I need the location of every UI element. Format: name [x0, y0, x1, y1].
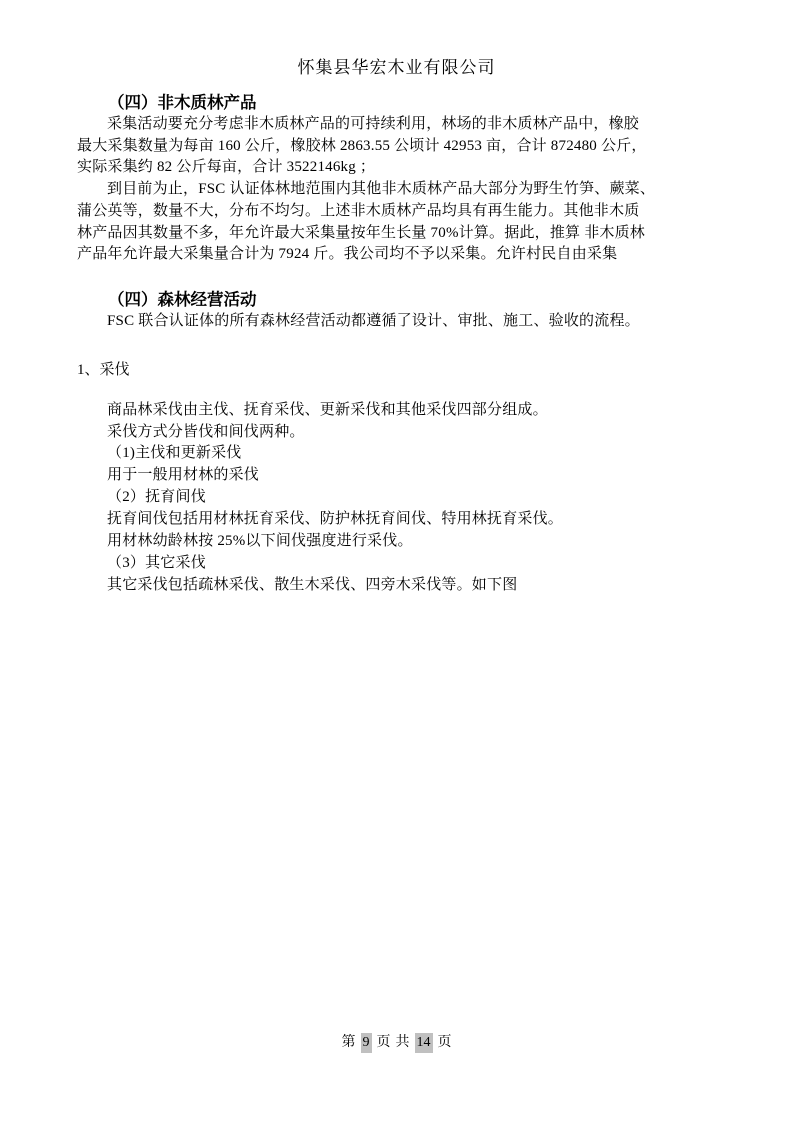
list-line: 用材林幼龄林按 25%以下间伐强度进行采伐。 [77, 531, 716, 553]
paragraph-line: FSC 联合认证体的所有森林经营活动都遵循了设计、审批、施工、验收的流程。 [77, 311, 716, 333]
paragraph-line: 蒲公英等，数量不大，分布不均匀。上述非木质林产品均具有再生能力。其他非木质 [77, 201, 716, 223]
paragraph-fsc-process: FSC 联合认证体的所有森林经营活动都遵循了设计、审批、施工、验收的流程。 [77, 311, 716, 333]
paragraph-line: 实际采集约 82 公斤每亩，合计 3522146kg ； [77, 157, 716, 179]
subsection-title-harvesting: 1、采伐 [77, 359, 716, 381]
paragraph-collection-activity: 采集活动要充分考虑非木质林产品的可持续利用，林场的非木质林产品中，橡胶 最大采集… [77, 114, 716, 179]
list-line: （1)主伐和更新采伐 [77, 443, 716, 465]
list-line: （3）其它采伐 [77, 553, 716, 575]
total-pages-field: 14 [415, 1033, 433, 1053]
section-heading-non-wood-products: （四）非木质林产品 [77, 92, 716, 114]
paragraph-fsc-scope: 到目前为止，FSC 认证体林地范围内其他非木质林产品大部分为野生竹笋、蕨菜、 蒲… [77, 179, 716, 266]
paragraph-line: 到目前为止，FSC 认证体林地范围内其他非木质林产品大部分为野生竹笋、蕨菜、 [77, 179, 716, 201]
list-line: 商品林采伐由主伐、抚育采伐、更新采伐和其他采伐四部分组成。 [77, 400, 716, 422]
document-page: 怀集县华宏木业有限公司 （四）非木质林产品 采集活动要充分考虑非木质林产品的可持… [0, 0, 793, 1122]
list-line: 采伐方式分皆伐和间伐两种。 [77, 422, 716, 444]
company-title: 怀集县华宏木业有限公司 [0, 57, 793, 79]
footer-label-ye: 页 [438, 1033, 452, 1053]
list-line: 抚育间伐包括用材林抚育采伐、防护林抚育间伐、特用林抚育采伐。 [77, 509, 716, 531]
page-number-field: 9 [361, 1033, 372, 1053]
footer-label-di: 第 [342, 1033, 356, 1053]
document-header: 怀集县华宏木业有限公司 [0, 0, 793, 79]
list-line: 用于一般用材林的采伐 [77, 465, 716, 487]
footer-label-gong: 共 [396, 1033, 410, 1053]
page-footer: 第9页共14页 [0, 1033, 793, 1053]
paragraph-line: 产品年允许最大采集量合计为 7924 斤。我公司均不予以采集。允许村民自由采集 [77, 244, 716, 266]
footer-label-ye: 页 [377, 1033, 391, 1053]
list-line: 其它采伐包括疏林采伐、散生木采伐、四旁木采伐等。如下图 [77, 575, 716, 597]
paragraph-line: 采集活动要充分考虑非木质林产品的可持续利用，林场的非木质林产品中，橡胶 [77, 114, 716, 136]
section-heading-forest-management: （四）森林经营活动 [77, 289, 716, 311]
list-line: （2）抚育间伐 [77, 487, 716, 509]
harvesting-detail-list: 商品林采伐由主伐、抚育采伐、更新采伐和其他采伐四部分组成。 采伐方式分皆伐和间伐… [77, 400, 716, 597]
paragraph-line: 林产品因其数量不多，年允许最大采集量按年生长量 70%计算。据此，推算 非木质林 [77, 223, 716, 245]
document-body: （四）非木质林产品 采集活动要充分考虑非木质林产品的可持续利用，林场的非木质林产… [77, 92, 716, 597]
paragraph-line: 最大采集数量为每亩 160 公斤，橡胶林 2863.55 公顷计 42953 亩… [77, 136, 716, 158]
